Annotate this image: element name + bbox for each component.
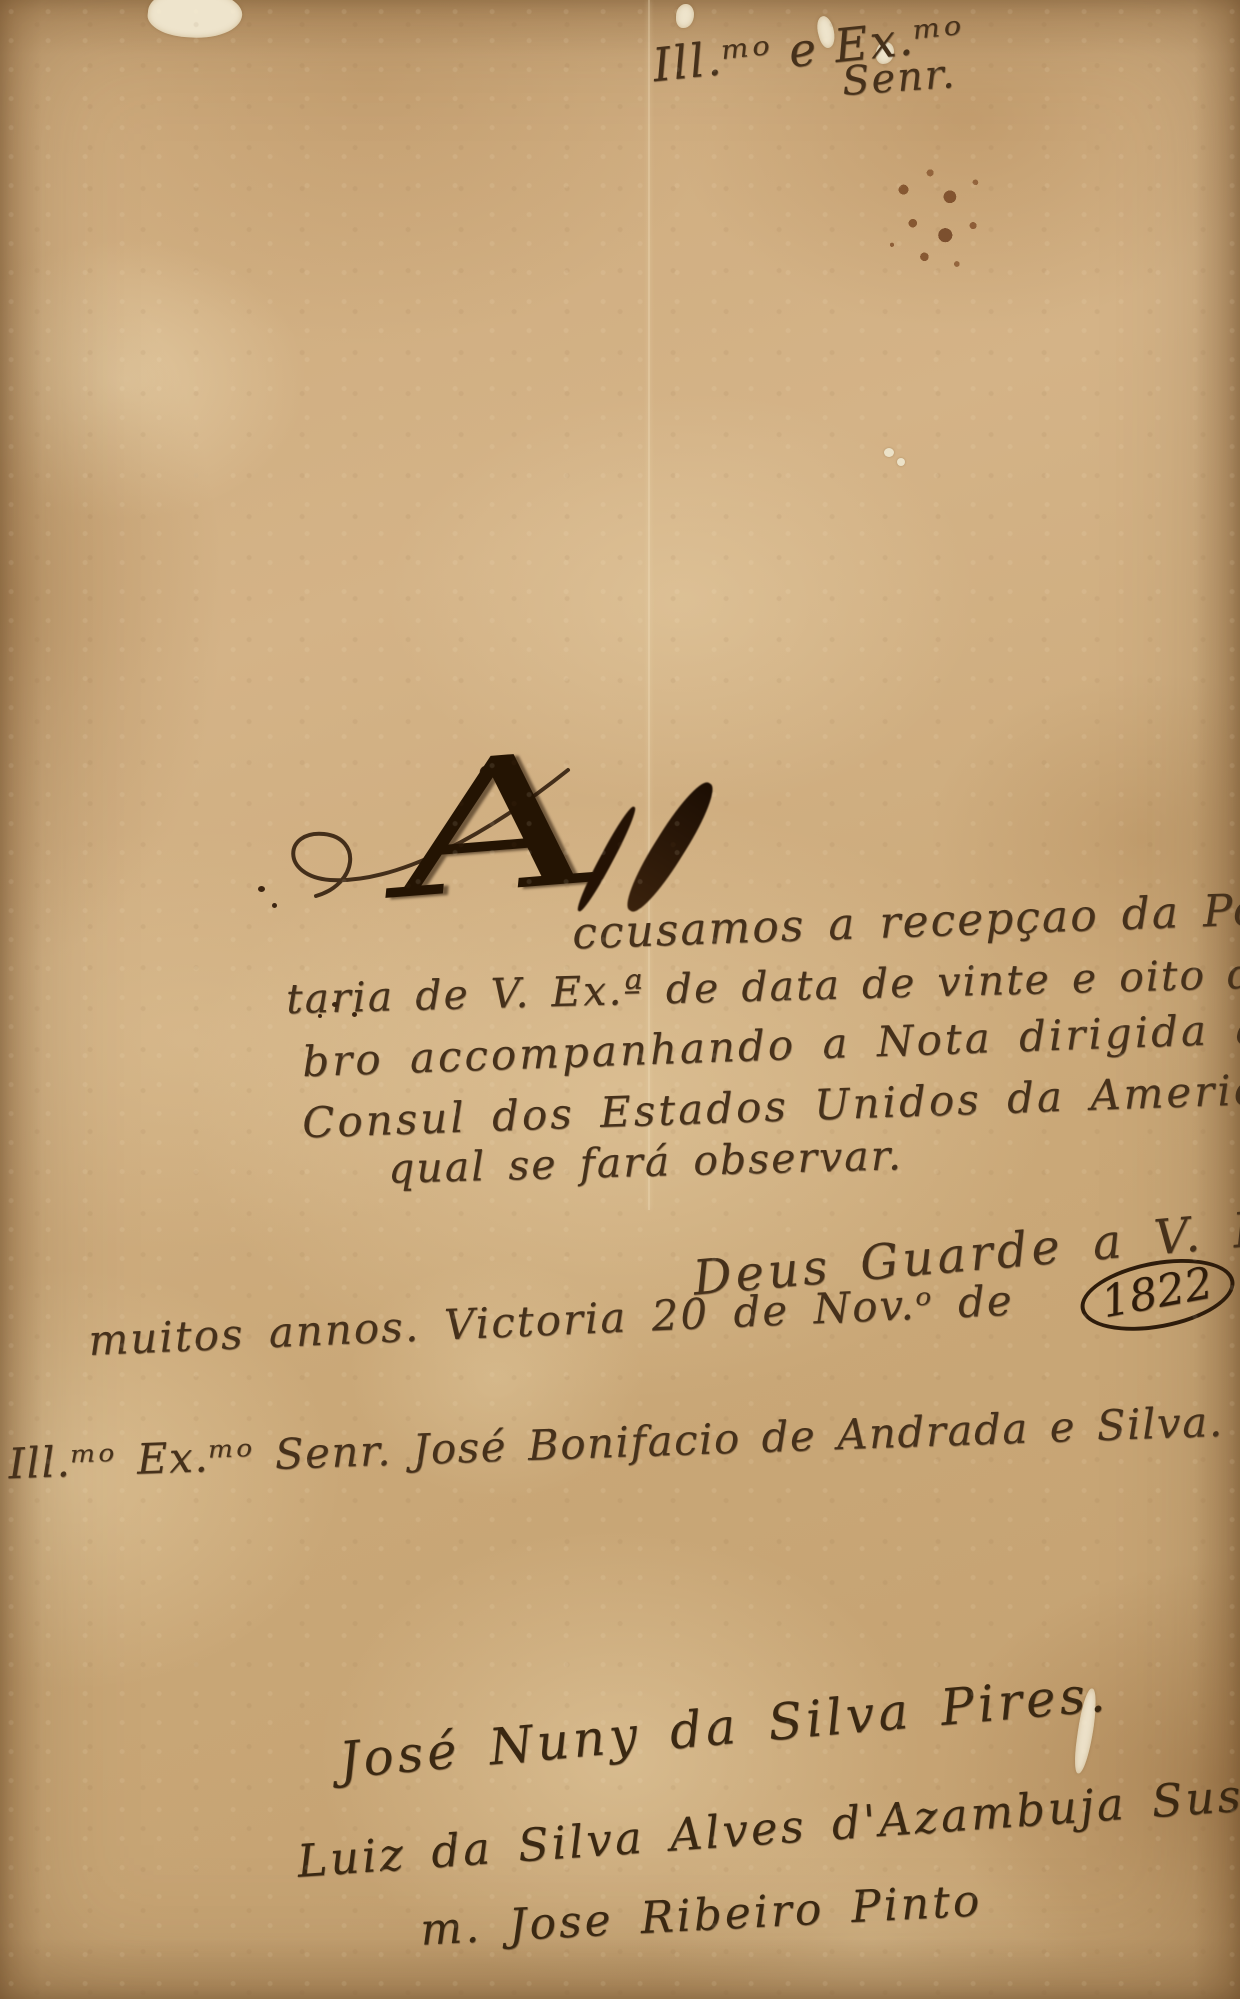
paper-chip — [146, 0, 245, 43]
dateline-text: muitos annos. Victoria 20 de Nov.ᵒ de — [88, 1278, 1015, 1365]
signature-1: José Nuny da Silva Pires. — [337, 1666, 1111, 1788]
paper-flaw-dot — [897, 458, 905, 466]
manuscript-letter-page: Ill.ᵐᵒ e Ex.ᵐᵒ Senr. A ccusamos a recepç… — [0, 0, 1240, 1999]
ink-blot — [618, 775, 723, 918]
paper-chip — [676, 4, 694, 28]
dateline-row: muitos annos. Victoria 20 de Nov.ᵒ de 18… — [87, 1258, 1237, 1375]
signature-2: Luiz da Silva Alves d'Azambuja Susano. — [296, 1763, 1240, 1886]
body-line-5: qual se fará observar. — [387, 1133, 903, 1192]
signature-3: m. Jose Ribeiro Pinto — [419, 1877, 983, 1955]
paper-flaw-dot — [884, 448, 894, 457]
salutation-line2: Senr. — [841, 52, 958, 104]
body-line-1: ccusamos a recepçao da Por — [571, 886, 1240, 959]
drop-cap-initial: A — [378, 727, 615, 924]
ink-stain-cluster — [878, 156, 994, 276]
addressee-line: Ill.ᵐᵒ Ex.ᵐᵒ Senr. José Bonifacio de And… — [8, 1399, 1225, 1488]
